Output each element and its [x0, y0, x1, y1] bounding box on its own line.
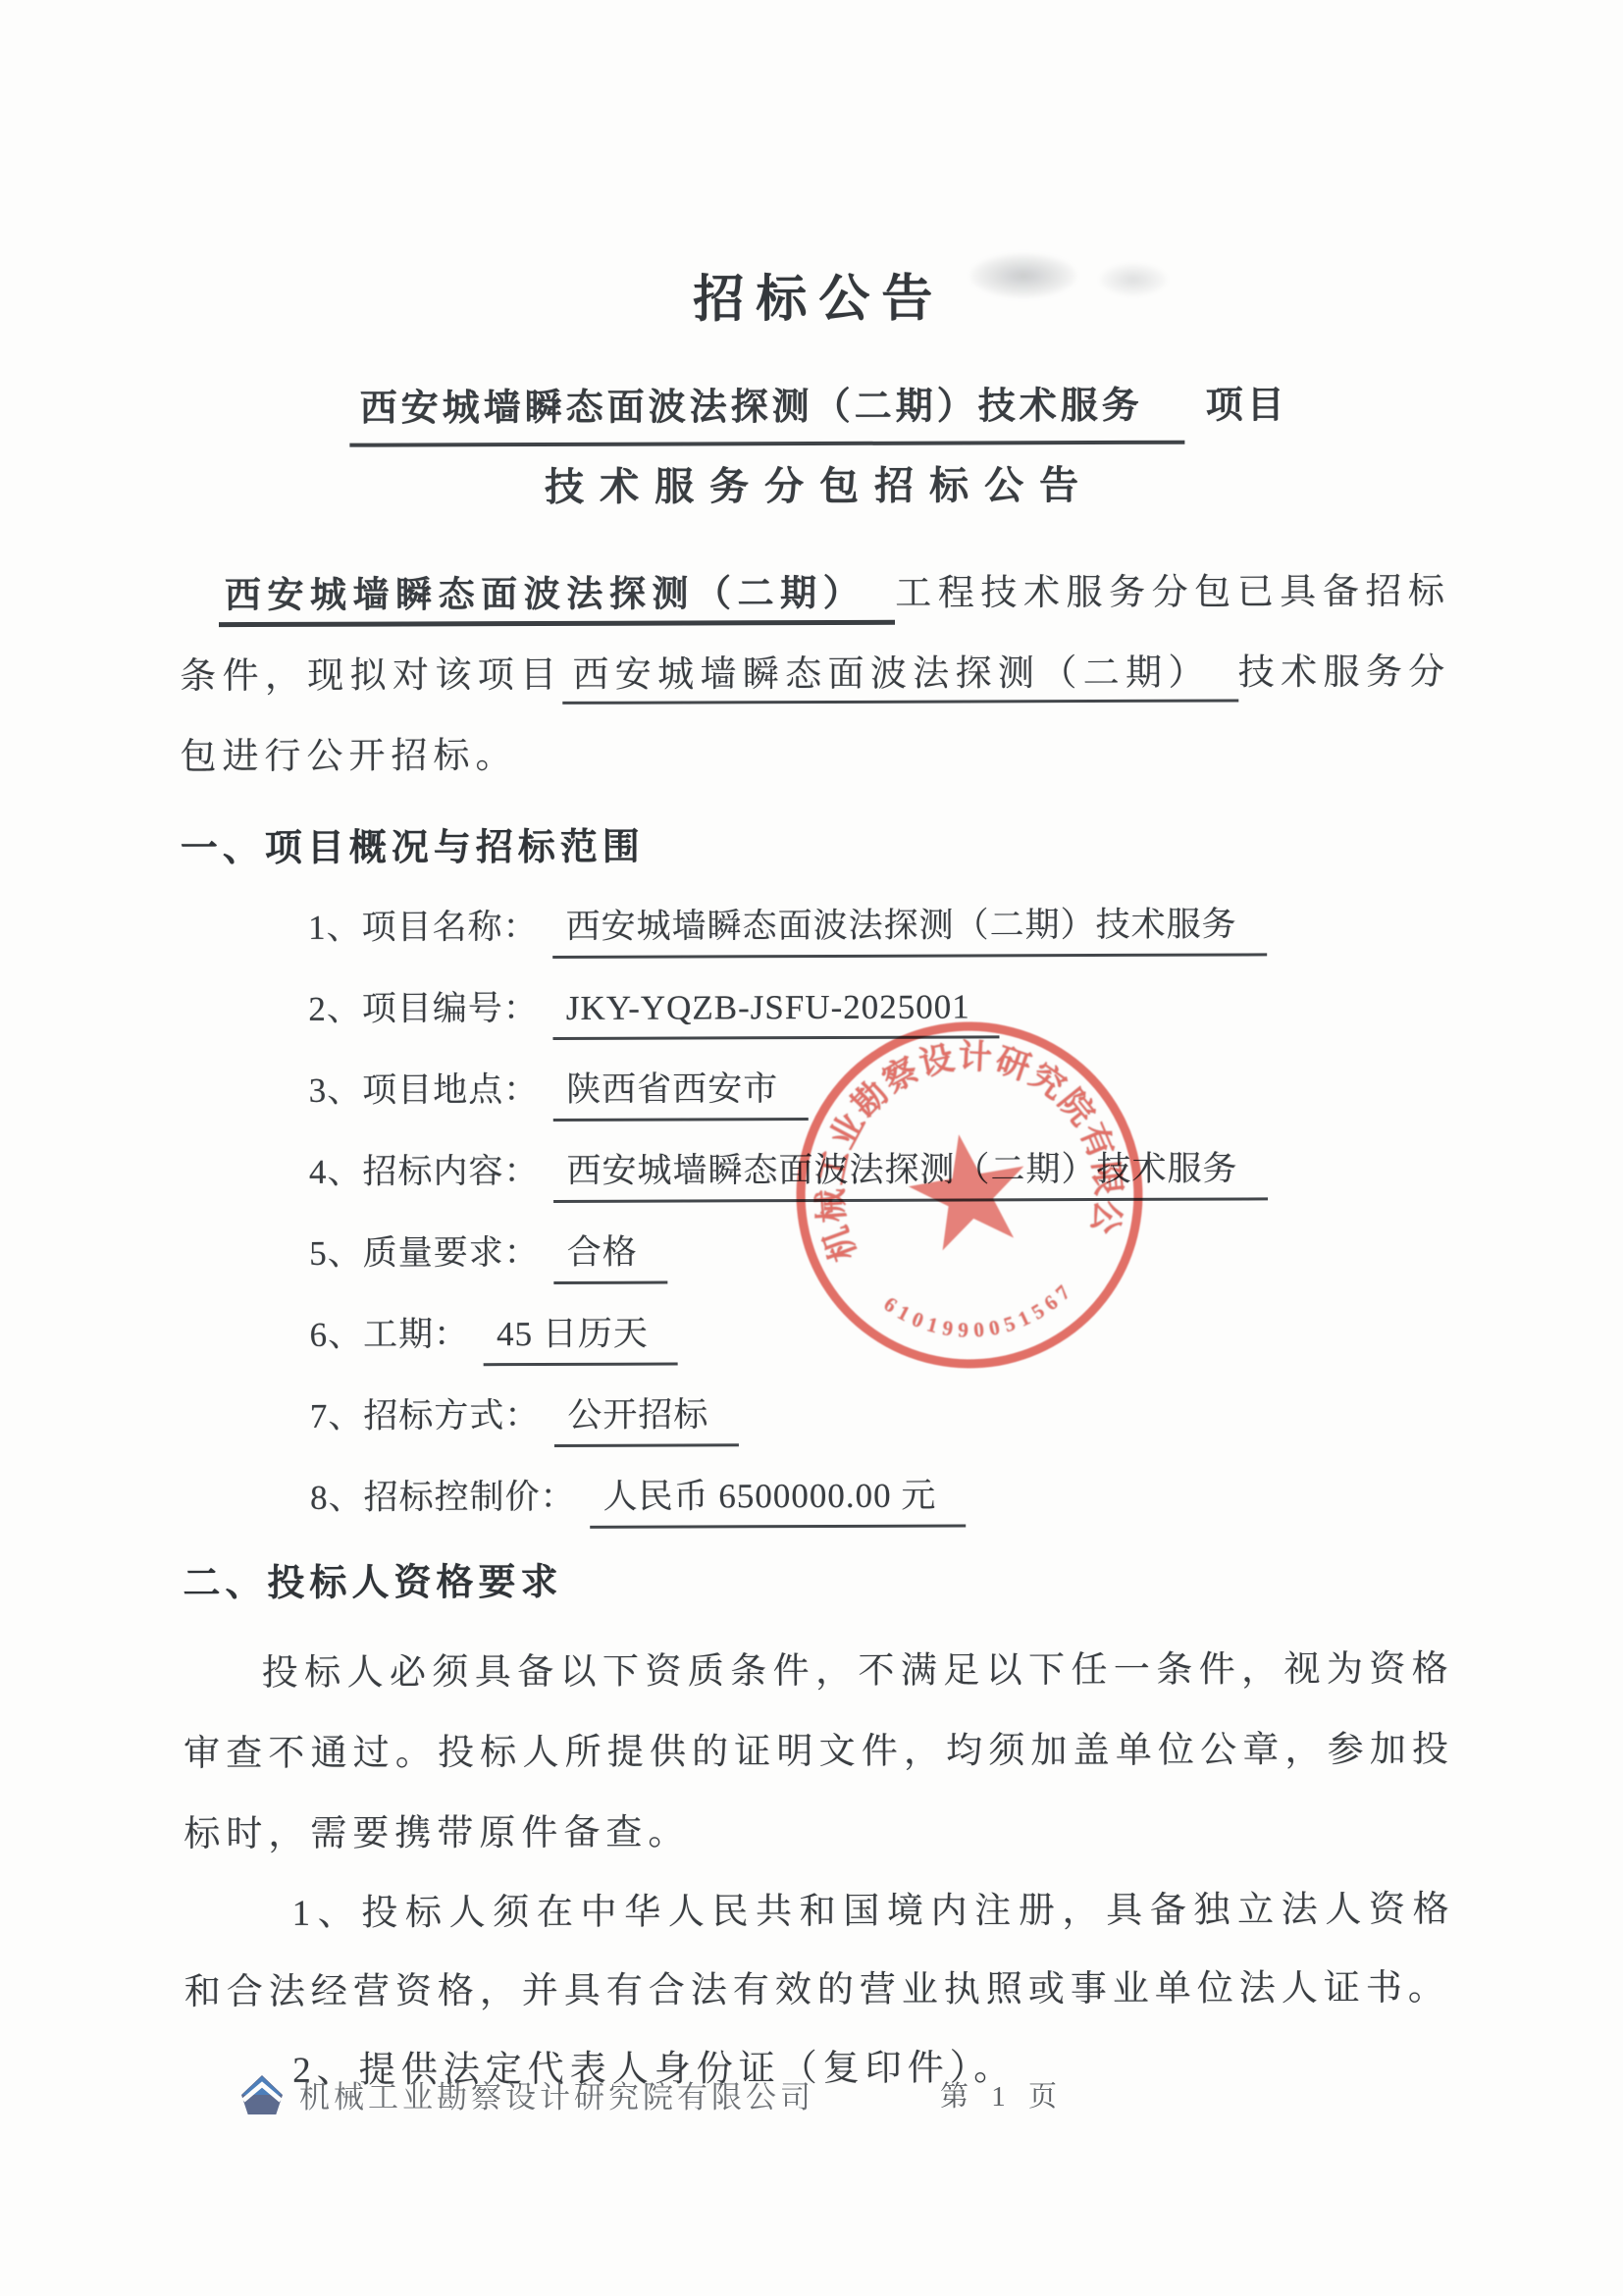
item-label: 4、招标内容： — [309, 1152, 540, 1191]
project-suffix: 项目 — [1206, 385, 1288, 426]
intro-paragraph: 西安城墙瞬态面波法探测（二期）工程技术服务分包已具备招标条件，现拟对该项目西安城… — [180, 552, 1451, 799]
project-info-item: 8、招标控制价：人民币 6500000.00 元 — [183, 1467, 1463, 1521]
item-label: 8、招标控制价： — [310, 1478, 576, 1517]
item-value-underlined: 人民币 6500000.00 元 — [590, 1476, 967, 1528]
item-value-underlined: 公开招标 — [553, 1395, 738, 1447]
project-info-item: 1、项目名称：西安城墙瞬态面波法探测（二期）技术服务 — [181, 897, 1461, 951]
project-info-item: 2、项目编号：JKY-YQZB-JSFU-2025001 — [181, 978, 1461, 1032]
seal-star-icon — [901, 1124, 1035, 1254]
section-heading-overview: 一、项目概况与招标范围 — [181, 813, 1461, 872]
item-label: 7、招标方式： — [310, 1396, 541, 1435]
item-label: 1、项目名称： — [308, 908, 539, 947]
section-heading-qualifications: 二、投标人资格要求 — [183, 1548, 1463, 1607]
document-title: 招标公告 — [179, 255, 1459, 334]
page-footer: 机械工业勘察设计研究院有限公司 第 1 页 — [240, 2072, 1418, 2116]
item-label: 5、质量要求： — [309, 1233, 540, 1273]
item-label: 2、项目编号： — [308, 989, 539, 1028]
footer-page-number: 第 1 页 — [940, 2074, 1065, 2114]
company-seal-stamp: 机械工业勘察设计研究院有限公司 6101990051567 — [762, 988, 1177, 1402]
project-name-underlined: 西安城墙瞬态面波法探测（二期）技术服务 — [350, 386, 1184, 447]
project-title-line: 西安城墙瞬态面波法探测（二期）技术服务项目 — [179, 374, 1459, 433]
item-value-underlined: 45 日历天 — [483, 1315, 678, 1367]
qualifications-paragraph: 投标人必须具备以下资质条件，不满足以下任一条件，视为资格审查不通过。投标人所提供… — [183, 1630, 1455, 1876]
item-label: 6、工期： — [309, 1315, 469, 1354]
company-logo-icon — [240, 2074, 284, 2115]
item-label: 3、项目地点： — [309, 1070, 540, 1110]
footer-company-name: 机械工业勘察设计研究院有限公司 — [299, 2072, 814, 2116]
announcement-subtitle: 技术服务分包招标公告 — [179, 453, 1459, 514]
item-value-underlined: 西安城墙瞬态面波法探测（二期）技术服务 — [552, 905, 1267, 959]
item-value-underlined: 合格 — [553, 1233, 667, 1284]
qualification-item: 1、投标人须在中华人民共和国境内注册，具备独立法人资格和合法经营资格，并具有合法… — [183, 1871, 1455, 2033]
project-name-filled-bold: 西安城墙瞬态面波法探测（二期） — [219, 574, 896, 627]
project-name-filled: 西安城墙瞬态面波法探测（二期） — [562, 653, 1238, 704]
scanned-document-page: 招标公告 西安城墙瞬态面波法探测（二期）技术服务项目 技术服务分包招标公告 西安… — [0, 0, 1623, 2296]
